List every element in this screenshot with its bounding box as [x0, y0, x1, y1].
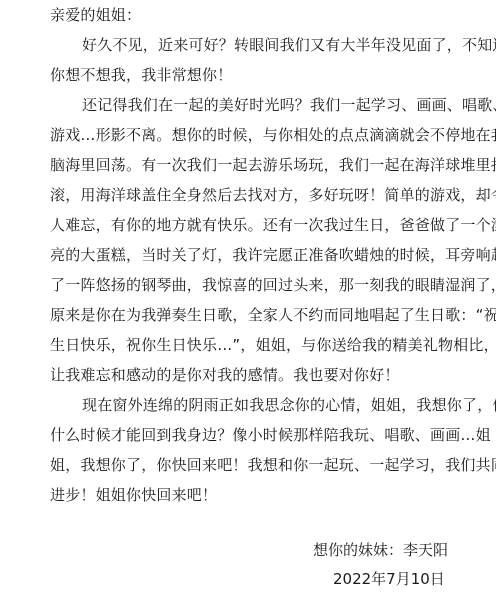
text-line: 滚，用海洋球盖住全身然后去找对方，多好玩呀！简单的游戏，却令 — [50, 180, 496, 210]
text-line: 还记得我们在一起的美好时光吗？我们一起学习、画画、唱歌、 — [82, 90, 496, 120]
text-line: 原来是你在为我弹奏生日歌，全家人不约而同地唱起了生日歌：“祝你 — [50, 300, 496, 330]
text-line: 进步！姐姐你快回来吧！ — [50, 480, 217, 510]
text-line: 让我难忘和感动的是你对我的感情。我也要对你好！ — [50, 360, 400, 390]
text-line: 生日快乐，祝你生日快乐…”，姐姐，与你送给我的精美礼物相比，更 — [50, 330, 496, 360]
signature: 想你的妹妹：李天阳 — [313, 540, 448, 560]
text-line: 游戏…形影不离。想你的时候，与你相处的点点滴滴就会不停地在我 — [50, 120, 496, 150]
text-line: 亮的大蛋糕，当时关了灯，我许完愿正准备吹蜡烛的时候，耳旁响起 — [50, 240, 496, 270]
letter-date: 2022年7月10日 — [333, 569, 445, 589]
text-line: 什么时候才能回到我身边？像小时候那样陪我玩、唱歌、画画…姐 — [50, 420, 491, 450]
text-line: 你想不想我，我非常想你！ — [50, 60, 232, 90]
text-line: 现在窗外连绵的阴雨正如我思念你的心情，姐姐，我想你了，你 — [82, 390, 496, 420]
text-line: 了一阵悠扬的钢琴曲，我惊喜的回过头来，那一刻我的眼睛湿润了， — [50, 270, 496, 300]
text-line: 脑海里回荡。有一次我们一起去游乐场玩，我们一起在海洋球堆里打 — [50, 150, 496, 180]
text-line: 好久不见，近来可好？转眼间我们又有大半年没见面了，不知道 — [82, 30, 496, 60]
text-line: 姐，我想你了，你快回来吧！我想和你一起玩、一起学习，我们共同 — [50, 450, 496, 480]
text-line: 人难忘，有你的地方就有快乐。还有一次我过生日，爸爸做了一个漂 — [50, 210, 496, 240]
salutation: 亲爱的姐姐： — [50, 0, 141, 30]
